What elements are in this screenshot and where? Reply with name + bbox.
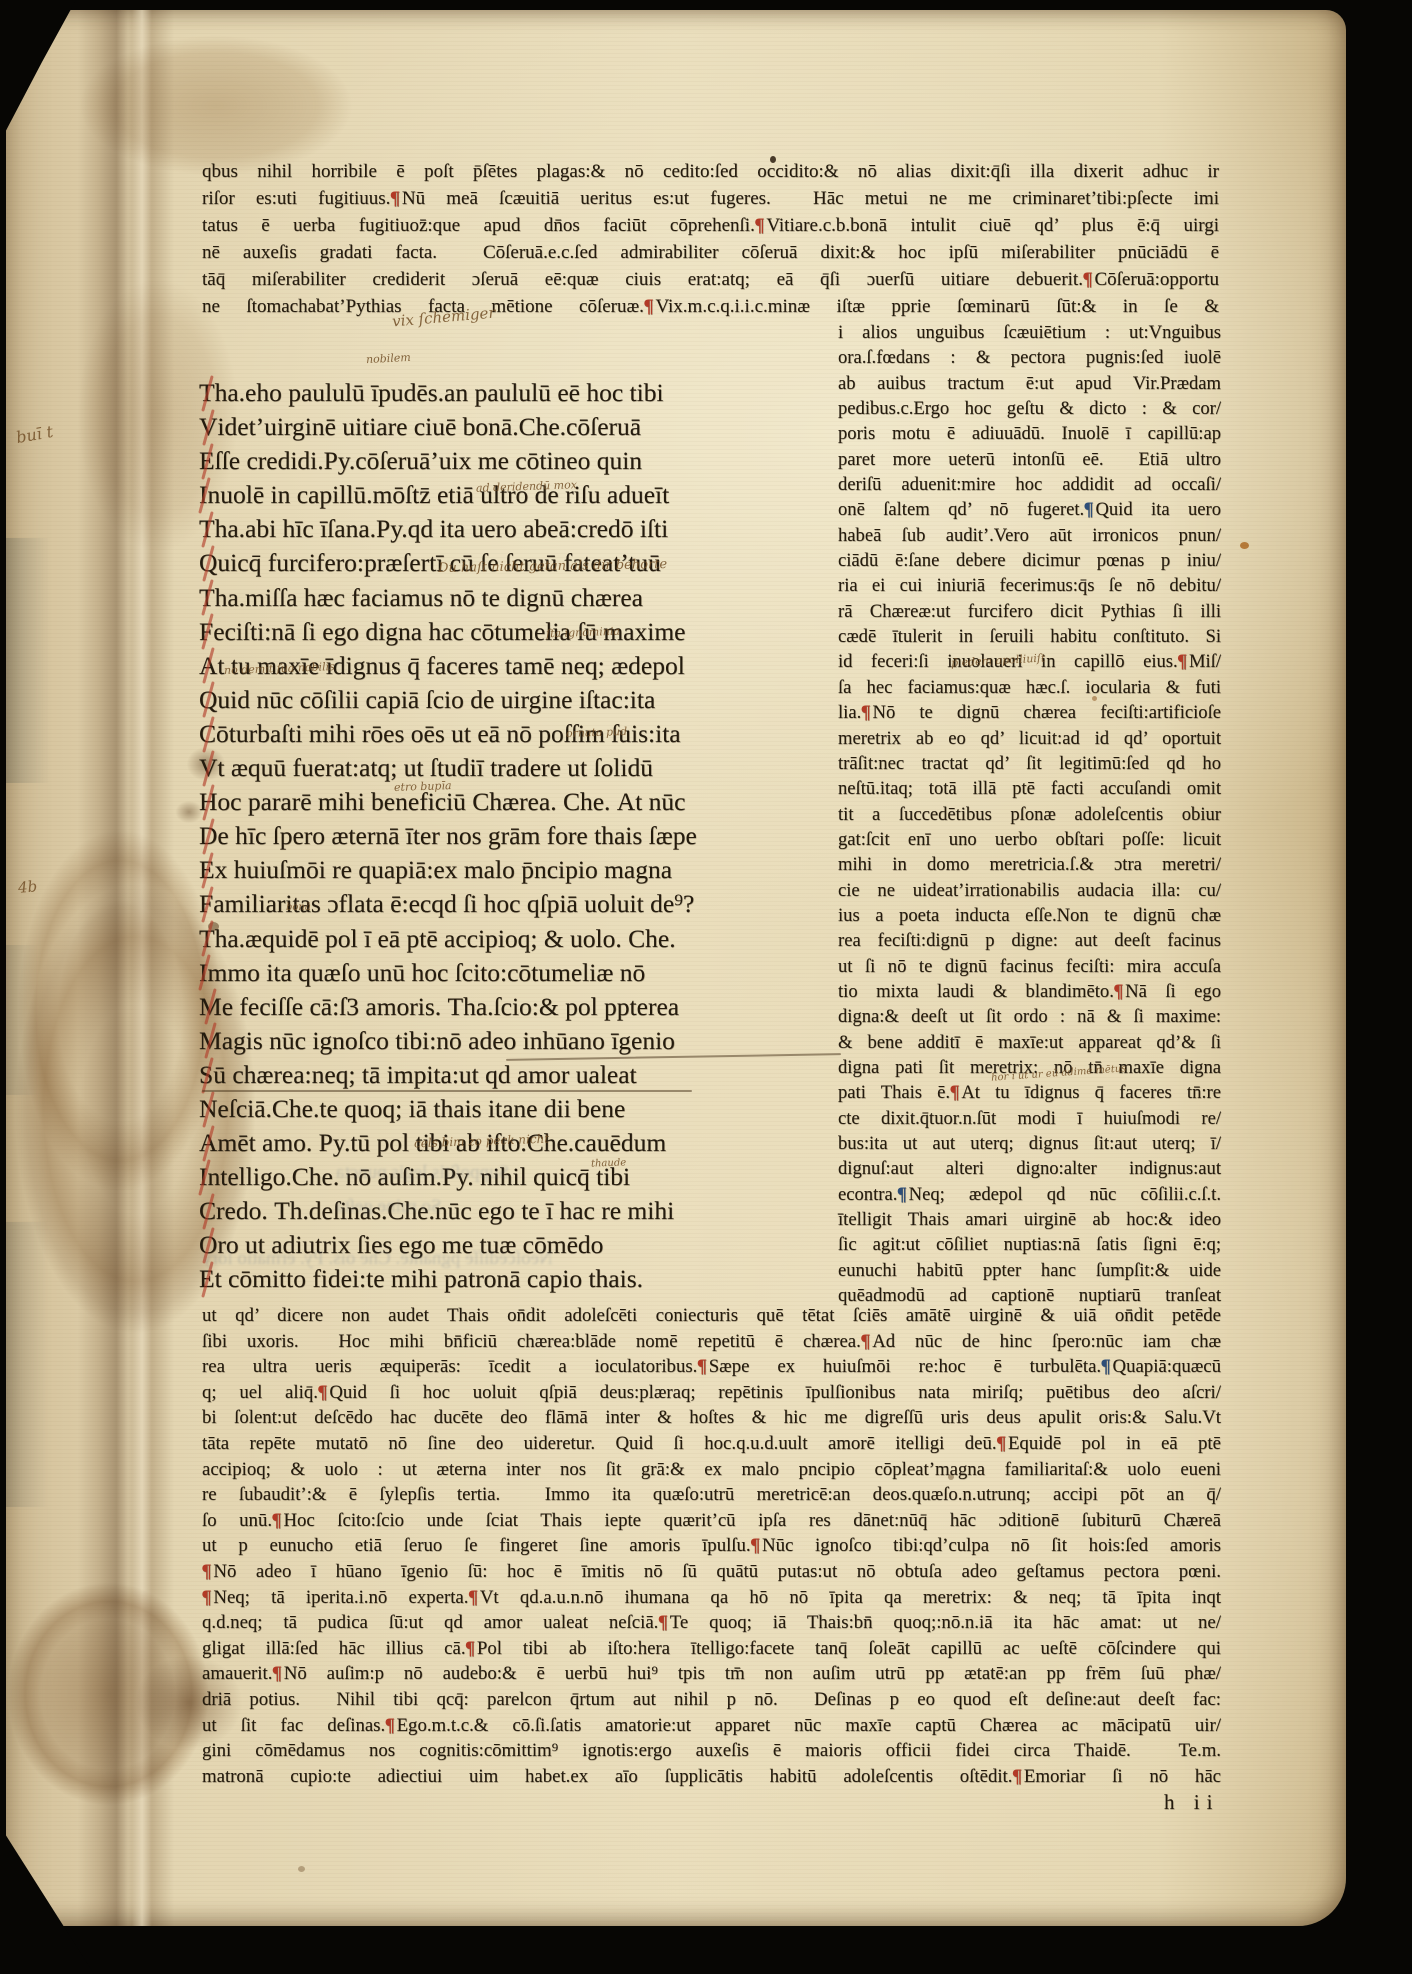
rubricated-initial: V [199,410,217,444]
rubricated-initial: C [199,1194,216,1228]
text-line: ut ſi nō te dignū facinus feciſti: mira … [838,954,1221,979]
text-line: matronā cupio:te adiectiui uim habet.ex … [202,1764,1221,1790]
text-line: Feciſti:nā ſi ego digna hac cōtumelia ſū… [199,615,851,649]
rubric-mark-red: ¶ [950,1082,961,1103]
text-line: Cōturbaſti mihi rōes oēs ut eā nō poſſim… [199,717,851,751]
text-line: Videt’uirginē uitiare ciuē bonā.Che.cōſe… [199,410,851,444]
rubricated-initial: T [199,922,215,956]
rubric-mark-red: ¶ [755,215,767,236]
text-line: rea ultra ueris æquiperās: īcedit a iocu… [202,1354,1221,1380]
text-line: amauerit.¶Nō auſim:p nō audebo:& ē uerbū… [202,1661,1221,1687]
quire-signature: h ii [1164,1790,1219,1815]
text-line: qbus nihil horribile ē poſt p̄ſētes plag… [202,158,1219,185]
text-line: rea feciſti:dignū p digne: aut deeſt fac… [838,928,1221,953]
showthrough-patch [6,945,38,1095]
text-line: ut qd’ dicere non audet Thais on̄dit ado… [202,1303,1221,1329]
rubricated-initial: V [199,751,217,785]
rubric-mark-red: ¶ [751,1535,762,1556]
text-line: bi ſolent:ut deſcēdo hac ducēte deo flām… [202,1405,1221,1431]
text-line: pedibus.c.Ergo hoc geſtu & dicto : & cor… [838,396,1221,421]
text-line: ne ſtomachabat’Pythias facta mētione cōſ… [202,293,1219,320]
text-line: ſa hec faciamus:quæ hæc.ſ. iocularia & f… [838,675,1221,700]
margin-note: 4b [17,877,38,897]
margin-note: thaude [591,1157,627,1169]
text-line: Neſciā.Che.te quoq; iā thais itane dii b… [199,1092,851,1126]
text-line: ciādū ē:ſane debere dicimur pœnas p iniu… [838,548,1221,573]
rubric-mark-red: ¶ [697,1356,708,1377]
text-line: Credo. Th.deſinas.Che.nūc ego te ī hac r… [199,1194,851,1228]
text-line: re ſubaudit’:& ē ſylepſis tertia. Immo i… [202,1482,1221,1508]
text-line: nē auxeſis gradati facta. Cōſeruā.e.c.ſe… [202,239,1219,266]
text-line: ſibi uxoris. Hoc mihi bn̄ficiū chærea:bl… [202,1329,1221,1355]
text-line: bus:ita ut aut uterq; dignus ſit:aut ute… [838,1131,1221,1156]
text-line: Sū chærea:neq; tā impita:ut qd amor uale… [199,1058,851,1092]
play-text-column: Tha.eho paululū īpudēs.an paululū eē hoc… [199,376,851,1297]
text-line: habeā ſub audit’.Vero aūt irronicos pnun… [838,523,1221,548]
text-line: pati Thais ē.¶At tu īdignus q̄ faceres t… [838,1080,1221,1105]
underline-mark [202,1090,692,1092]
rubricated-initial: I [199,1160,208,1194]
rubric-mark-red: ¶ [272,1663,283,1684]
text-line: gat:ſcit enī uno uerbo obſtari poſſe: li… [838,827,1221,852]
text-line: Tha.eho paululū īpudēs.an paululū eē hoc… [199,376,851,410]
text-line: Ex huiuſmōi re quapiā:ex malo p̄ncipio m… [199,853,851,887]
text-line: Quid nūc cōſilii capiā ſcio de uirgine i… [199,683,851,717]
text-line: trāſit:nec tractat qd’ ſit legitimū:ſed … [838,751,1221,776]
text-line: tit a ſuccedētibus pſonæ adoleſcentis ob… [838,802,1221,827]
text-line: tāta repēte mutatō nō ſine deo uideretur… [202,1431,1221,1457]
showthrough-patch [6,538,50,783]
rubric-mark-red: ¶ [997,1433,1008,1454]
rubricated-initial: S [199,1058,213,1092]
rubricated-initial: H [199,785,217,819]
rubricated-initial: A [199,649,217,683]
text-line: Me feciſſe cā:ſ3 amoris. Tha.ſcio:& pol … [199,990,851,1024]
text-line: neſtū.itaq; totā illā ptē facti accuſand… [838,776,1221,801]
text-line: paret more ueterū intonſū eē. Etiā ultro [838,447,1221,472]
commentary-column: i alios unguibus ſcæuiētium : ut:Vnguibu… [838,320,1221,1308]
text-line: lia.¶Nō te dignū chærea feciſti:artifici… [838,700,1221,725]
text-line: ſic agit:ut cōſiliet nuptias:nā ſatis ſi… [838,1232,1221,1257]
gutter-fold-highlight [132,10,152,1926]
rubricated-initial: N [199,1092,217,1126]
text-line: Tha.miſſa hæc faciamus nō te dignū chære… [199,581,851,615]
text-line: dignuſ:aut alteri digno:alter indignus:a… [838,1156,1221,1181]
text-line: ¶Neq; tā iperita.i.nō experta.¶Vt qd.a.u… [202,1585,1221,1611]
text-line: ab auibus tractum ē:ut apud Vir.Prædam [838,371,1221,396]
rubricated-initial: T [199,376,215,410]
text-line: gligat illā:ſed hāc illius cā.¶Pol tibi … [202,1636,1221,1662]
text-line: tatus ē uerba fugitiuoz̄:que apud dn̄os … [202,212,1219,239]
top-commentary-block: qbus nihil horribile ē poſt p̄ſētes plag… [202,158,1219,320]
text-line: digna:& deeſt ut ſit ordo : nā & ſi maxi… [838,1004,1221,1029]
text-line: Tha.æquidē pol ī eā ptē accipioq; & uolo… [199,922,851,956]
text-line: q.d.neq; tā pudica ſū:ut qd amor ualeat … [202,1610,1221,1636]
rubric-mark-red: ¶ [861,702,872,723]
margin-note: buī t [15,422,55,447]
rubricated-initial: F [199,887,213,921]
margin-note: ornata pud [566,725,628,740]
rubricated-initial: T [199,581,215,615]
rubricated-initial: C [199,717,216,751]
rubric-mark-blue: ¶ [897,1184,908,1205]
text-line: poris motu ē adiuuādū. Inuolē ī capillū:… [838,421,1221,446]
text-line: De hīc ſpero æternā īter nos grām fore t… [199,819,851,853]
text-line: tio mixta laudi & blandimēto.¶Nā ſi ego [838,979,1221,1004]
rubricated-initial: A [199,1126,217,1160]
rubric-mark-blue: ¶ [1084,499,1095,520]
rubricated-initial: Q [199,683,217,717]
rubric-mark-red: ¶ [390,188,402,209]
ink-showthrough: Suppoſitis legis puncta [336,1162,509,1184]
ink-showthrough: So ruine geſta [336,1196,442,1218]
rubric-mark-red: ¶ [468,1587,479,1608]
text-line: ¶Nō adeo ī hūano īgenio ſū: hoc ē īmitis… [202,1559,1221,1585]
margin-note: bonā [286,902,311,913]
margin-note: etro bupīa [394,779,452,794]
text-line: driā potius. Nihil tibi qcq̄: parelcon q… [202,1687,1221,1713]
rubric-mark-red: ¶ [644,296,656,317]
rubric-mark-red: ¶ [861,1331,872,1352]
text-line: onē ſaltem qd’ nō fugeret.¶Quid ita uero [838,497,1221,522]
rubric-mark-red: ¶ [1114,981,1125,1002]
rubricated-initial: E [199,444,215,478]
text-line: riſor es:uti fugitiuus.¶Nū meā ſcæuitiā … [202,185,1219,212]
rubric-mark-red: ¶ [272,1510,283,1531]
rubric-mark-red: ¶ [1083,269,1095,290]
text-line: cædē ītulerit in ſeruili habitu conſtitu… [838,624,1221,649]
book-page: qbus nihil horribile ē poſt p̄ſētes plag… [6,10,1346,1926]
text-line: i alios unguibus ſcæuiētium : ut:Vnguibu… [838,320,1221,345]
showthrough-patch [6,1222,48,1507]
text-line: meretrix ab eo qd’ licuit:ad id qd’ opor… [838,726,1221,751]
text-line: ora.ſ.fœdans : & pectora pugnis:ſed iuol… [838,345,1221,370]
text-line: mihi in domo meretricia.ſ.& ɔtra meretri… [838,852,1221,877]
ink-speck [298,1866,305,1872]
rubric-mark-red: ¶ [1012,1766,1023,1787]
rubric-mark-red: ¶ [202,1587,213,1608]
ink-showthrough: Neoſcēdiſſe pgnantē. Che ois. Py. ermati… [202,1248,553,1270]
text-line: accipioq; & uolo : ut æterna inter nos ſ… [202,1457,1221,1483]
text-line: deriſū aduenit:mire hoc addidit ad occaſ… [838,472,1221,497]
text-line: Hoc pararē mihi beneficiū Chærea. Che. A… [199,785,851,819]
text-line: cie ne uideat’irrationabilis audacia ill… [838,878,1221,903]
rubricated-initial: I [199,956,208,990]
text-line: cte dixit.q̄tuor.n.ſūt modi ī huiuſmodi … [838,1106,1221,1131]
rubric-mark-red: ¶ [385,1715,396,1736]
margin-note: nobilem [366,351,411,366]
text-line: ſo unū.¶Hoc ſcito:ſcio unde ſciat Thais … [202,1508,1221,1534]
rubricated-initial: M [199,1024,222,1058]
margin-note: ſta ignominia [546,625,620,641]
rubricated-initial: T [199,512,215,546]
text-line: eunuchi habitū ppter hanc ſumpſit:& uide [838,1258,1221,1283]
text-line: ius a poeta inducta eſſe.Non te dignū ch… [838,903,1221,928]
rubric-mark-red: ¶ [1178,651,1189,672]
rubricated-initial: Q [199,546,217,580]
text-line: ut p eunucho etiā ſeruo ſe fingeret ſine… [202,1533,1221,1559]
rubricated-initial: I [199,478,208,512]
text-line: tāq̄ miſerabiliter crediderit ɔſeruā eē:… [202,266,1219,293]
text-line: rā Chæreæ:ut furcifero dicit Pythias ſi … [838,599,1221,624]
text-line: & bene additī ē maxīe:ut appareat qd’& ſ… [838,1030,1221,1055]
text-line: econtra.¶Neq; ædepol qd nūc cōſilii.c.ſ.… [838,1182,1221,1207]
text-line: Tha.abi hīc īſana.Py.qd ita uero abeā:cr… [199,512,851,546]
text-line: Intelligo.Che. nō auſim.Py. nihil quicq̄… [199,1160,851,1194]
text-line: Vt æquū fuerat:atq; ut ſtudiī tradere ut… [199,751,851,785]
rubric-mark-blue: ¶ [1101,1356,1112,1377]
text-line: Eſſe credidi.Py.cōſeruā’uix me cōtineo q… [199,444,851,478]
rubric-mark-red: ¶ [658,1612,669,1633]
rubric-mark-red: ¶ [318,1382,329,1403]
text-line: ut ſit fac deſinas.¶Ego.m.t.c.& cō.ſi.ſa… [202,1713,1221,1739]
text-line: ria ei cui iniuriā fecerimus:q̄s ſe nō d… [838,573,1221,598]
rubricated-initial: E [199,853,215,887]
rubricated-initial: F [199,615,213,649]
photo-backdrop: qbus nihil horribile ē poſt p̄ſētes plag… [0,0,1412,1974]
bottom-commentary-block: ut qd’ dicere non audet Thais on̄dit ado… [202,1303,1221,1789]
ink-speck [1240,542,1249,549]
text-line: Magis nūc ignoſco tibi:nō adeo inhūano ī… [199,1024,851,1058]
rubricated-initial: D [199,819,217,853]
text-line: Immo ita quæſo unū hoc ſcito:cōtumeliæ n… [199,956,851,990]
gutter-fold [78,10,174,1926]
text-line: q; uel aliq̄.¶Quid ſi hoc uoluit qſpiā d… [202,1380,1221,1406]
rubric-mark-red: ¶ [202,1561,213,1582]
rubric-mark-red: ¶ [466,1638,477,1659]
text-line: gini cōmēdamus nos cognitis:cōmittim⁹ ig… [202,1738,1221,1764]
text-line: ītelligit Thais amari uirginē ab hoc:& i… [838,1207,1221,1232]
rubricated-initial: M [199,990,222,1024]
